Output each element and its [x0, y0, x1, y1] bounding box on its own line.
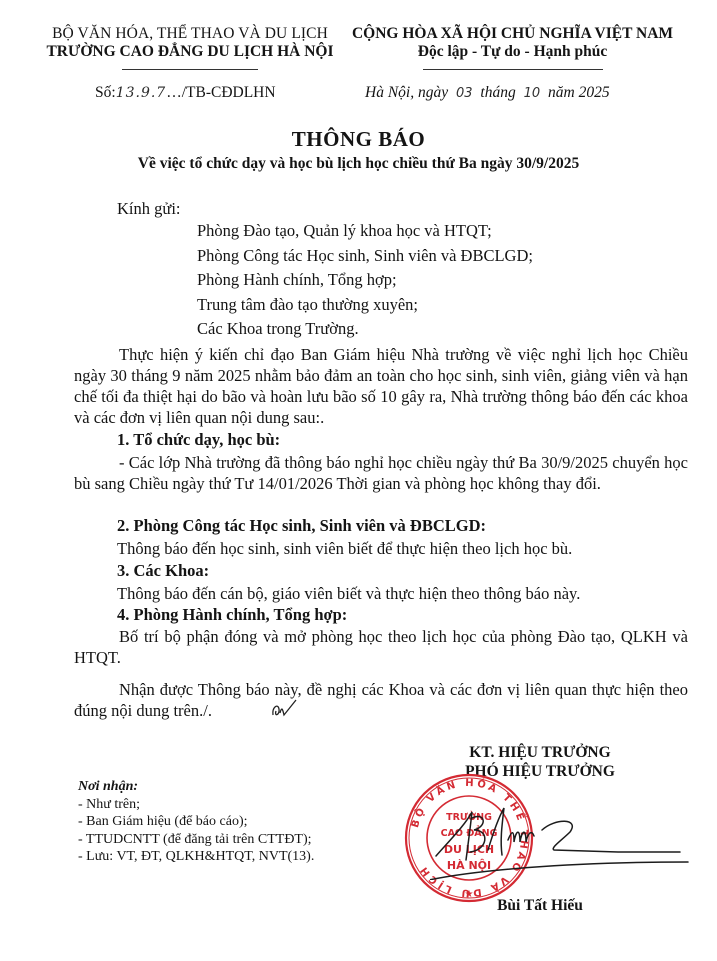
section-heading: 2. Phòng Công tác Học sinh, Sinh viên và…	[117, 516, 486, 536]
document-title: THÔNG BÁO	[0, 127, 717, 152]
addressee-item: Phòng Hành chính, Tổng hợp;	[197, 268, 533, 293]
initials-mark-icon	[270, 697, 300, 721]
addressee-item: Phòng Công tác Học sinh, Sinh viên và ĐB…	[197, 244, 533, 269]
document-number: Số:13.9.7…/TB-CĐDLHN	[95, 84, 276, 102]
national-heading: CỘNG HÒA XÃ HỘI CHỦ NGHĨA VIỆT NAM Độc l…	[340, 25, 685, 70]
distribution-label: Nơi nhận:	[78, 778, 314, 796]
doc-number-prefix: Số:	[95, 84, 116, 101]
addressee-item: Các Khoa trong Trường.	[197, 317, 533, 342]
section-text: Bố trí bộ phận đóng và mở phòng học theo…	[74, 626, 688, 668]
distribution-item: - Lưu: VT, ĐT, QLKH&HTQT, NVT(13).	[78, 848, 314, 866]
intro-paragraph: Thực hiện ý kiến chỉ đạo Ban Giám hiệu N…	[74, 344, 688, 428]
addressee-label: Kính gửi:	[117, 199, 181, 219]
date-prefix: Hà Nội, ngày	[365, 84, 448, 101]
addressee-item: Trung tâm đào tạo thường xuyên;	[197, 293, 533, 318]
ministry-name: BỘ VĂN HÓA, THỂ THAO VÀ DU LỊCH	[40, 25, 340, 43]
section-heading: 1. Tổ chức dạy, học bù:	[117, 430, 280, 450]
distribution-item: - Như trên;	[78, 796, 314, 814]
document-subtitle: Về việc tổ chức dạy và học bù lịch học c…	[0, 155, 717, 173]
date-year: năm 2025	[548, 84, 610, 101]
signatory-line-1: KT. HIỆU TRƯỞNG	[390, 743, 690, 762]
distribution-item: - TTUDCNTT (để đăng tải trên CTTĐT);	[78, 831, 314, 849]
date-month-label: tháng	[480, 84, 515, 101]
issue-date: Hà Nội, ngày 03 tháng 10 năm 2025	[365, 84, 610, 102]
doc-number-handwritten: 13.9.7	[116, 85, 167, 101]
addressee-list: Phòng Đào tạo, Quản lý khoa học và HTQT;…	[197, 219, 533, 342]
closing-paragraph: Nhận được Thông báo này, đề nghị các Kho…	[74, 679, 688, 721]
school-name: TRƯỜNG CAO ĐẲNG DU LỊCH HÀ NỘI	[40, 43, 340, 61]
national-motto: Độc lập - Tự do - Hạnh phúc	[340, 43, 685, 61]
distribution-item: - Ban Giám hiệu (để báo cáo);	[78, 813, 314, 831]
doc-number-suffix: …/TB-CĐDLHN	[166, 84, 275, 101]
divider	[423, 69, 603, 70]
section-text: Thông báo đến học sinh, sinh viên biết đ…	[117, 539, 572, 559]
divider	[122, 69, 258, 70]
section-text: - Các lớp Nhà trường đã thông báo nghỉ h…	[74, 452, 688, 494]
nation-name: CỘNG HÒA XÃ HỘI CHỦ NGHĨA VIỆT NAM	[340, 25, 685, 43]
date-day: 03	[456, 86, 473, 101]
handwritten-signature-icon	[430, 800, 690, 880]
section-heading: 3. Các Khoa:	[117, 561, 209, 581]
signatory-name: Bùi Tất Hiếu	[390, 897, 690, 915]
distribution-list: Nơi nhận: - Như trên; - Ban Giám hiệu (đ…	[78, 778, 314, 866]
addressee-item: Phòng Đào tạo, Quản lý khoa học và HTQT;	[197, 219, 533, 244]
section-text: Thông báo đến cán bộ, giáo viên biết và …	[117, 584, 580, 604]
issuing-authority: BỘ VĂN HÓA, THỂ THAO VÀ DU LỊCH TRƯỜNG C…	[40, 25, 340, 70]
date-month: 10	[524, 86, 541, 101]
section-heading: 4. Phòng Hành chính, Tổng hợp:	[117, 605, 347, 625]
